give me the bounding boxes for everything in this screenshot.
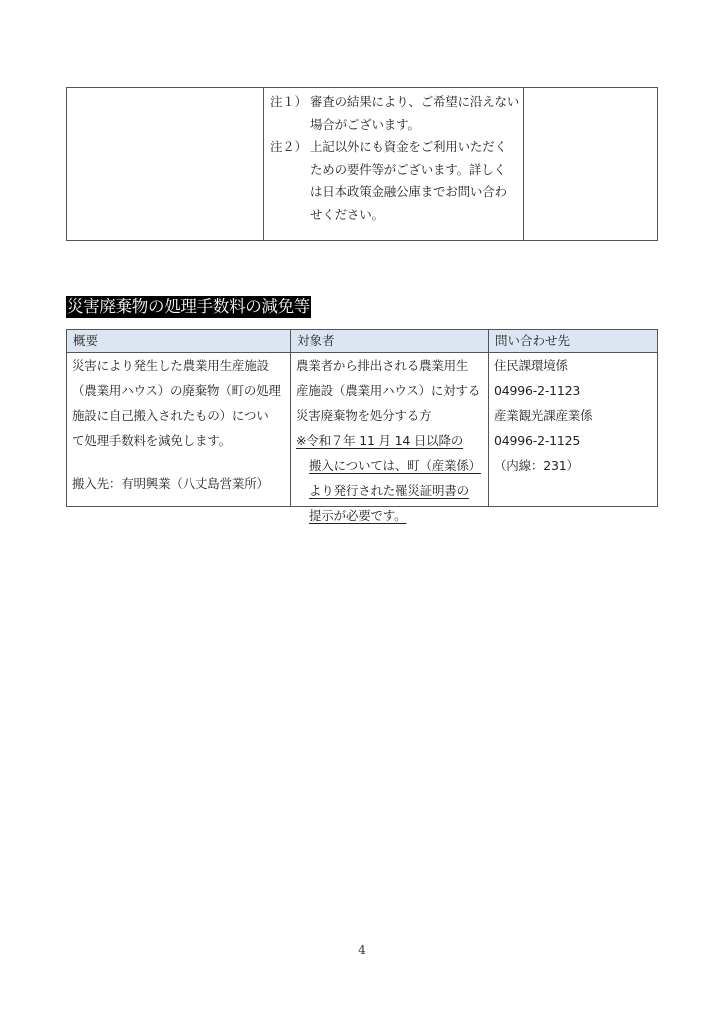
table-row: 災害により発生した農業用生産施設 （農業用ハウス）の廃棄物（町の処理 施設に自己… — [67, 353, 657, 506]
note-1-continuation: 場合がございます。 — [270, 114, 523, 137]
eligible-note-line-wrap: 提示が必要です。 — [296, 503, 488, 528]
notes-cell: 注１） 審査の結果により、ご希望に沿えない 場合がございます。 注２） 上記以外… — [264, 88, 524, 240]
note-2-label: 注２） — [270, 136, 310, 159]
summary-line: 施設に自己搬入されたもの）につい — [72, 403, 290, 428]
header-contact: 問い合わせ先 — [489, 330, 657, 352]
eligible-note-line-wrap: ※令和７年 11 月 14 日以降の — [296, 428, 488, 453]
contact-phone: 04996-2-1125 — [494, 428, 657, 453]
header-summary: 概要 — [67, 330, 291, 352]
eligible-line: 農業者から排出される農業用生 — [296, 353, 488, 378]
summary-line: て処理手数料を減免します。 — [72, 428, 290, 453]
page-number: 4 — [0, 943, 724, 957]
note-1-label: 注１） — [270, 91, 310, 114]
eligible-note-line: 提示が必要です。 — [309, 508, 406, 523]
empty-cell-left — [67, 88, 264, 240]
note-2-text: 上記以外にも資金をご利用いただく — [310, 136, 507, 159]
note-2-continuation-1: ための要件等がございます。詳しく — [270, 159, 523, 182]
delivery-destination: 搬入先：有明興業（八丈島営業所） — [72, 471, 290, 496]
eligible-cell: 農業者から排出される農業用生 産施設（農業用ハウス）に対する 災害廃棄物を処分す… — [291, 353, 489, 506]
note-1: 注１） 審査の結果により、ご希望に沿えない 場合がございます。 — [270, 91, 523, 136]
contact-department: 住民課環境係 — [494, 353, 657, 378]
empty-cell-right — [524, 88, 657, 240]
eligible-note-line-wrap: より発行された罹災証明書の — [296, 478, 488, 503]
section-title: 災害廃棄物の処理手数料の減免等 — [66, 296, 311, 318]
note-2: 注２） 上記以外にも資金をご利用いただく ための要件等がございます。詳しく は日… — [270, 136, 523, 226]
eligible-line: 災害廃棄物を処分する方 — [296, 403, 488, 428]
summary-cell: 災害により発生した農業用生産施設 （農業用ハウス）の廃棄物（町の処理 施設に自己… — [67, 353, 291, 506]
summary-line: （農業用ハウス）の廃棄物（町の処理 — [72, 378, 290, 403]
loan-table-continuation: 注１） 審査の結果により、ご希望に沿えない 場合がございます。 注２） 上記以外… — [66, 87, 658, 241]
eligible-note-line-wrap: 搬入については、町（産業係） — [296, 453, 488, 478]
table-header-row: 概要 対象者 問い合わせ先 — [67, 330, 657, 353]
contact-phone: 04996-2-1123 — [494, 378, 657, 403]
eligible-note-line: 搬入については、町（産業係） — [309, 458, 481, 473]
contact-department: 産業観光課産業係 — [494, 403, 657, 428]
eligible-line: 産施設（農業用ハウス）に対する — [296, 378, 488, 403]
summary-line: 災害により発生した農業用生産施設 — [72, 353, 290, 378]
eligible-note-line: より発行された罹災証明書の — [309, 483, 469, 498]
waste-fee-table: 概要 対象者 問い合わせ先 災害により発生した農業用生産施設 （農業用ハウス）の… — [66, 329, 658, 507]
contact-cell: 住民課環境係 04996-2-1123 産業観光課産業係 04996-2-112… — [489, 353, 657, 506]
contact-extension: （内線：231） — [494, 453, 657, 478]
header-eligible: 対象者 — [291, 330, 489, 352]
note-1-text: 審査の結果により、ご希望に沿えない — [310, 91, 519, 114]
document-page: 注１） 審査の結果により、ご希望に沿えない 場合がございます。 注２） 上記以外… — [0, 0, 724, 1024]
note-2-continuation-2: は日本政策金融公庫までお問い合わ — [270, 181, 523, 204]
spacer — [72, 453, 290, 471]
note-2-continuation-3: せください。 — [270, 204, 523, 227]
eligible-note-line: ※令和７年 11 月 14 日以降の — [296, 433, 463, 448]
